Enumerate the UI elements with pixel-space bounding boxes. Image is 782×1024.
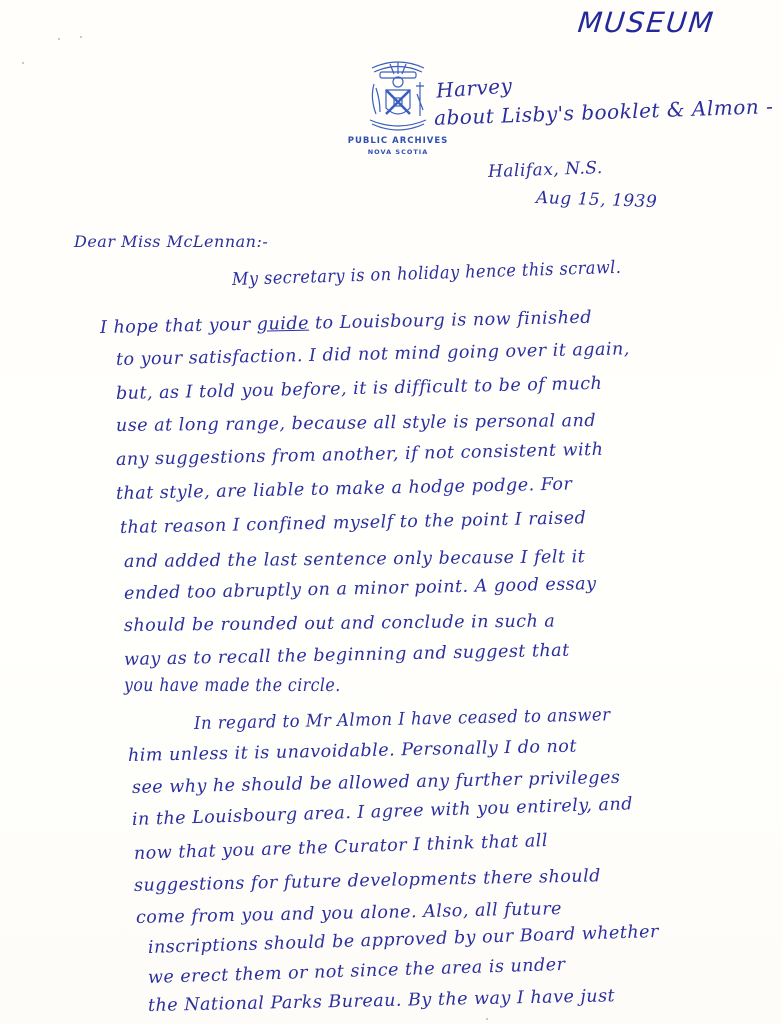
letter-line: come from you and you alone. Also, all f… [136,899,562,928]
letter-line: you have made the circle. [124,676,341,696]
letter-line: we erect them or not since the area is u… [148,955,566,988]
letter-line: way as to recall the beginning and sugge… [124,641,570,670]
annotation-line-1: Harvey [435,73,513,102]
letter-line: the National Parks Bureau. By the way I … [148,986,616,1016]
letter-line: suggestions for future developments ther… [134,866,601,896]
letterhead-title: PUBLIC ARCHIVES [346,136,450,146]
letter-line: use at long range, because all style is … [116,411,596,436]
letter-line: should be rounded out and conclude in su… [124,611,556,636]
underlined-word: guide [257,314,310,335]
letter-place: Halifax, N.S. [488,158,603,182]
coat-of-arms-icon [366,54,430,136]
letter-line: that reason I confined myself to the poi… [120,508,587,538]
salutation: Dear Miss McLennan:- [74,232,268,251]
letter-line: In regard to Mr Almon I have ceased to a… [194,705,611,734]
letter-line: any suggestions from another, if not con… [116,440,604,470]
letter-line: now that you are the Curator I think tha… [134,831,549,864]
letter-line: him unless it is unavoidable. Personally… [128,737,577,766]
letter-page: MUSEUM PUBLIC ARCHIVES NOVA SCOTIA Harve… [0,0,782,1024]
letter-line: in the Louisbourg area. I agree with you… [132,794,634,830]
letterhead-subtitle: NOVA SCOTIA [346,148,450,156]
letter-line: that style, are liable to make a hodge p… [116,474,573,504]
annotation-line-2: about Lisby's booklet & Almon - [434,94,774,130]
letter-line: to your satisfaction. I did not mind goi… [116,339,630,370]
letter-line: see why he should be allowed any further… [132,768,621,798]
letter-date: Aug 15, 1939 [536,188,658,212]
letter-line: ended too abruptly on a minor point. A g… [124,574,597,604]
letter-line: My secretary is on holiday hence this sc… [232,258,622,290]
letter-line: I hope that your guide to Louisbourg is … [100,308,592,338]
filing-note: MUSEUM [576,6,716,39]
letter-line: but, as I told you before, it is difficu… [116,374,603,404]
letter-line: inscriptions should be approved by our B… [148,922,659,958]
letter-line: and added the last sentence only because… [124,547,585,572]
